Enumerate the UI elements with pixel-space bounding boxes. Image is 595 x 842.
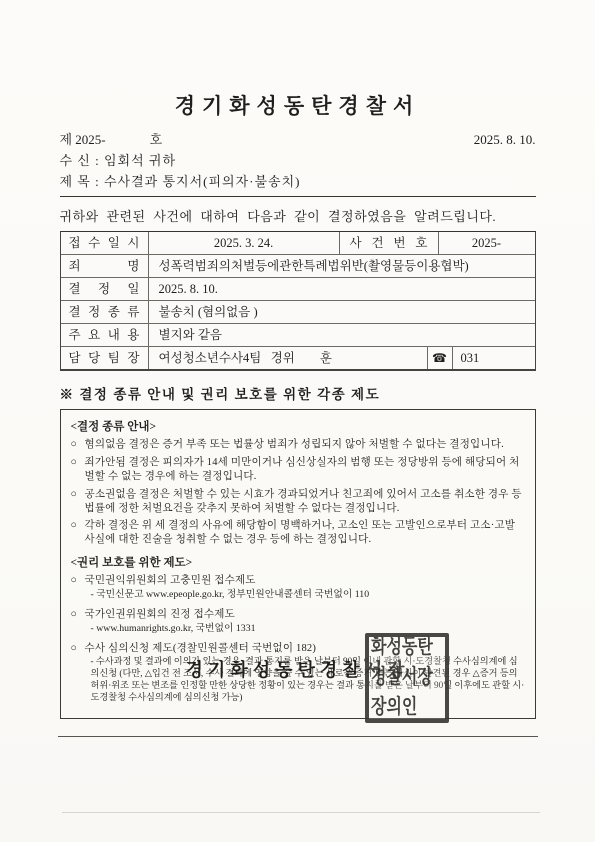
seal-text-row: 장의인 <box>371 698 443 718</box>
doc-number-row: 제 2025-호 2025. 8. 10. <box>60 130 536 150</box>
seal-text-row: 경찰서장 <box>371 668 443 688</box>
bullet-icon: ○ <box>71 608 85 622</box>
rights-title: <권리 보호를 위한 제도> <box>71 556 525 571</box>
rights-item-detail: - 국민신문고 www.epeople.go.kr, 정부민원안내콜센터 국번없… <box>91 589 525 602</box>
rights-item-header: ○ 국가인권위원회의 진정 접수제도 <box>71 608 525 622</box>
doc-number-prefix: 제 2025- <box>60 132 106 147</box>
rights-item: ○ 국민권익위원회의 고충민원 접수제도 - 국민신문고 www.epeople… <box>71 574 525 602</box>
rights-item-title: 국민권익위원회의 고충민원 접수제도 <box>85 574 525 588</box>
case-number-label: 사 건 번 호 <box>339 232 439 254</box>
rights-item-title: 국가인권위원회의 진정 접수제도 <box>85 608 525 622</box>
table-row-decision-type: 결 정 종 류 불송치 (혐의없음 ) <box>61 301 535 324</box>
doc-number: 제 2025-호 <box>60 130 163 150</box>
subject-line: 제 목 : 수사결과 통지서(피의자·불송치) <box>60 172 536 192</box>
case-info-table: 접 수 일 시 2025. 3. 24. 사 건 번 호 2025- 죄 명 성… <box>60 231 536 371</box>
bullet-icon: ○ <box>71 574 85 588</box>
table-row-officer: 담 당 팀 장 여성청소년수사4팀 경위 훈 ☎ 031 <box>61 347 535 370</box>
signer-title: 경기화성동탄경찰서장 <box>0 656 595 682</box>
rights-item: ○ 국가인권위원회의 진정 접수제도 - www.humanrights.go.… <box>71 608 525 636</box>
bullet-icon: ○ <box>71 456 85 484</box>
rights-item-header: ○ 국민권익위원회의 고충민원 접수제도 <box>71 574 525 588</box>
bullet-icon: ○ <box>71 438 85 452</box>
document-meta: 제 2025-호 2025. 8. 10. 수 신 : 임회석 귀하 제 목 :… <box>60 130 536 197</box>
intro-sentence: 귀하와 관련된 사건에 대하여 다음과 같이 결정하였음을 알려드립니다. <box>60 206 536 225</box>
bullet-icon: ○ <box>71 642 85 656</box>
bullet-icon: ○ <box>71 519 85 547</box>
footer-divider <box>58 736 538 737</box>
doc-number-suffix: 호 <box>150 132 163 147</box>
bullet-icon: ○ <box>71 488 85 516</box>
decision-item: ○ 죄가안됨 결정은 피의자가 14세 미만이거나 심신상실자의 범행 또는 정… <box>71 456 525 484</box>
officer-value: 여성청소년수사4팀 경위 훈 <box>149 347 427 369</box>
phone-icon: ☎ <box>427 347 453 369</box>
offense-value: 성폭력범죄의처벌등에관한특례법위반(촬영물등이용협박) <box>149 255 535 277</box>
scanned-document-page: 경기화성동탄경찰서 제 2025-호 2025. 8. 10. 수 신 : 임회… <box>0 0 595 842</box>
received-label: 접 수 일 시 <box>61 232 149 254</box>
document-content: 경기화성동탄경찰서 제 2025-호 2025. 8. 10. 수 신 : 임회… <box>60 0 536 719</box>
table-row-decision-date: 결 정 일 2025. 8. 10. <box>61 278 535 301</box>
decision-item: ○ 각하 결정은 위 세 결정의 사유에 해당함이 명백하거나, 고소인 또는 … <box>71 519 525 547</box>
recipient-line: 수 신 : 임회석 귀하 <box>60 151 536 171</box>
official-seal-stamp: 화성동탄 경찰서장 장의인 <box>365 633 449 723</box>
decision-date-label: 결 정 일 <box>61 278 149 300</box>
decision-type-label: 결 정 종 류 <box>61 301 149 323</box>
doc-date: 2025. 8. 10. <box>474 130 536 150</box>
decision-item-text: 공소권없음 결정은 처벌할 수 있는 시효가 경과되었거나 친고죄에 있어서 고… <box>85 488 525 516</box>
seal-text-row: 화성동탄 <box>371 638 443 658</box>
received-value: 2025. 3. 24. <box>149 232 339 254</box>
table-row-received: 접 수 일 시 2025. 3. 24. 사 건 번 호 2025- <box>61 232 535 255</box>
decision-date-value: 2025. 8. 10. <box>149 278 535 300</box>
decision-item: ○ 공소권없음 결정은 처벌할 수 있는 시효가 경과되었거나 친고죄에 있어서… <box>71 488 525 516</box>
scan-edge-line <box>62 812 540 813</box>
case-number-value: 2025- <box>439 232 535 254</box>
rights-item-title: 수사 심의신청 제도(경찰민원콜센터 국번없이 182) <box>85 642 525 656</box>
summary-label: 주 요 내 용 <box>61 324 149 346</box>
table-row-summary: 주 요 내 용 별지와 같음 <box>61 324 535 347</box>
decision-item: ○ 혐의없음 결정은 증거 부족 또는 법률상 범죄가 성립되지 않아 처벌할 … <box>71 438 525 452</box>
decision-item-text: 각하 결정은 위 세 결정의 사유에 해당함이 명백하거나, 고소인 또는 고발… <box>85 519 525 547</box>
summary-value: 별지와 같음 <box>149 324 535 346</box>
phone-number: 031 <box>453 347 535 369</box>
decision-item-text: 죄가안됨 결정은 피의자가 14세 미만이거나 심신상실자의 범행 또는 정당방… <box>85 456 525 484</box>
decision-item-text: 혐의없음 결정은 증거 부족 또는 법률상 범죄가 성립되지 않아 처벌할 수 … <box>85 438 525 452</box>
page-title: 경기화성동탄경찰서 <box>60 90 536 120</box>
rights-item-header: ○ 수사 심의신청 제도(경찰민원콜센터 국번없이 182) <box>71 642 525 656</box>
rights-item-detail: - www.humanrights.go.kr, 국번없이 1331 <box>91 623 525 636</box>
decision-type-value: 불송치 (혐의없음 ) <box>149 301 535 323</box>
decision-guide-title: <결정 종류 안내> <box>71 420 525 435</box>
table-row-offense: 죄 명 성폭력범죄의처벌등에관한특례법위반(촬영물등이용협박) <box>61 255 535 278</box>
offense-label: 죄 명 <box>61 255 149 277</box>
notice-heading: ※ 결정 종류 안내 및 권리 보호를 위한 각종 제도 <box>60 383 536 403</box>
officer-label: 담 당 팀 장 <box>61 347 149 369</box>
